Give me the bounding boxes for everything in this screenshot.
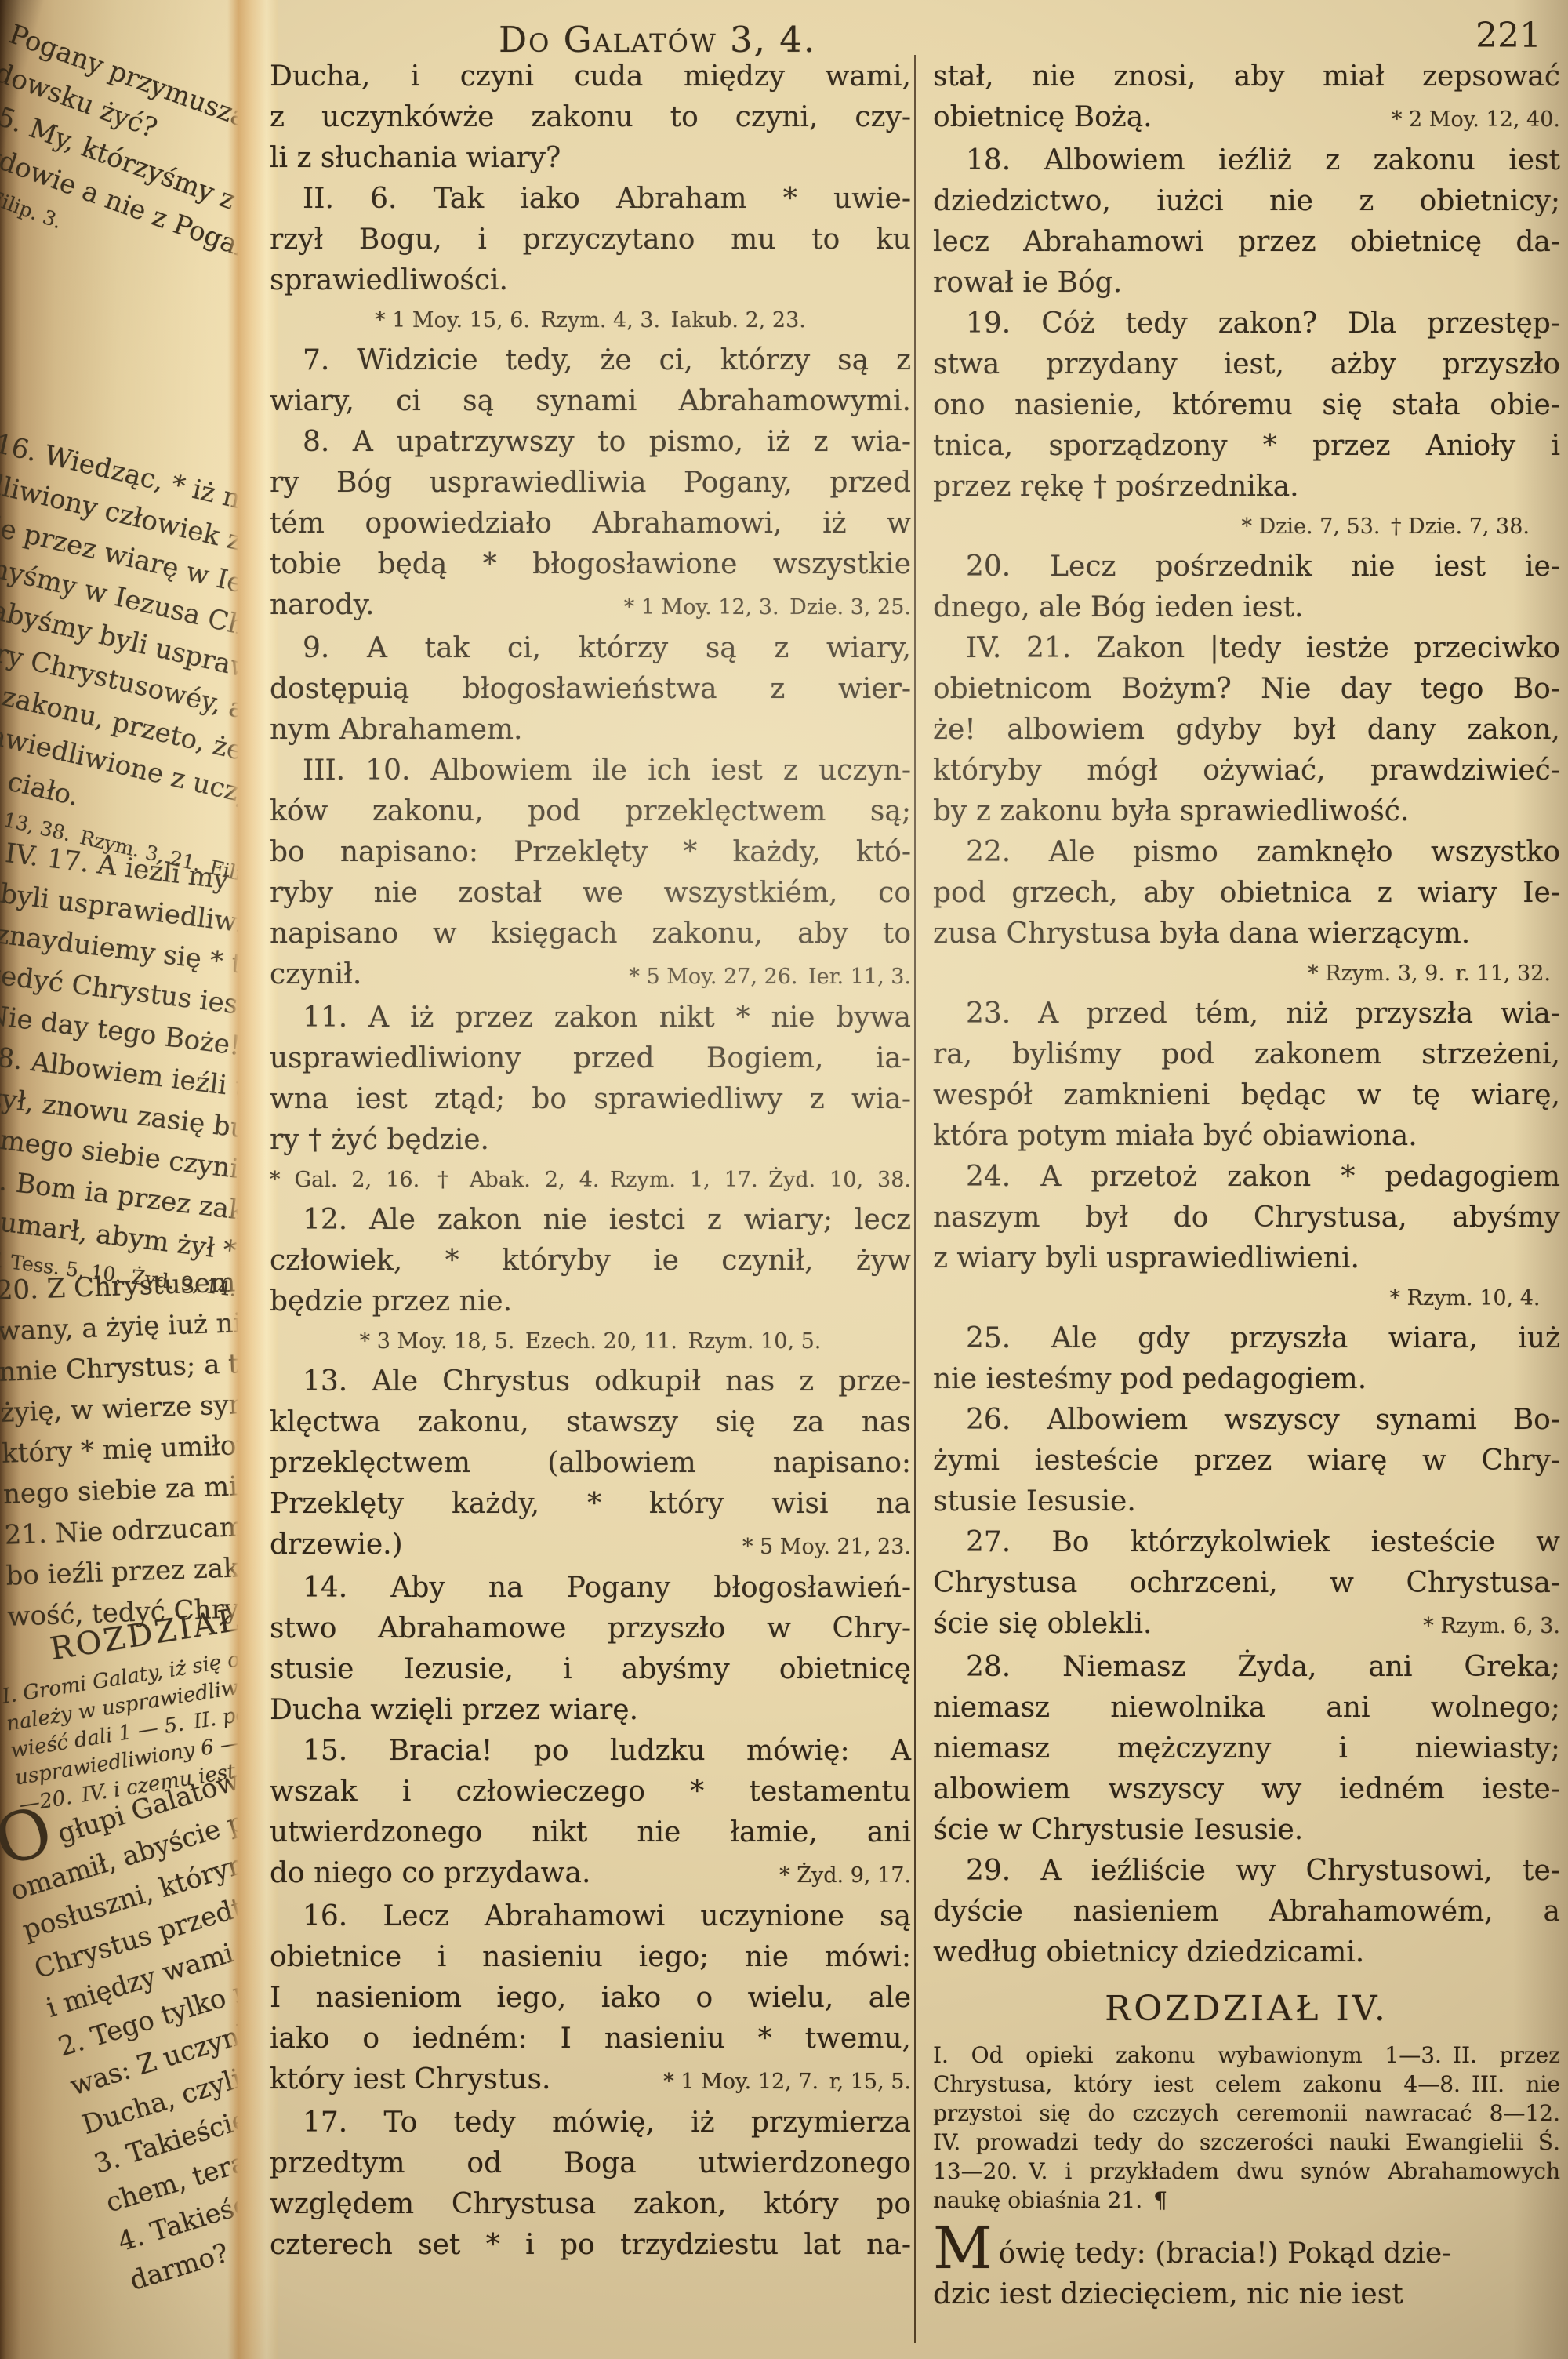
chapter-heading: ROZDZIAŁ IV. <box>933 1984 1560 2034</box>
text-line: wespół zamknieni będąc w tę wiarę, <box>933 1075 1560 1116</box>
text-line: wna iest ztąd; bo sprawiedliwy z wia- <box>270 1079 911 1120</box>
text-line: stusie Iesusie. <box>933 1481 1560 1522</box>
text-line: drzewie.)* 5 Moy. 21, 23. <box>270 1525 911 1568</box>
text-line: przedtym od Boga utwierdzonego <box>270 2143 911 2184</box>
text-run: który * mię umiłował, i wy <box>1 1426 245 1470</box>
text-line: dziedzictwo, iużci nie z obietnicy; <box>933 181 1560 222</box>
text-run: Chrystusa ochrzceni, w Chrystusa- <box>933 1567 1560 1599</box>
text-line: ście w Chrystusie Iesusie. <box>933 1810 1560 1851</box>
text-run: naszym był do Chrystusa, abyśmy <box>933 1201 1560 1234</box>
text-run: 26. Albowiem wszyscy synami Bo- <box>966 1404 1560 1436</box>
text-run: iako o iedném: I nasieniu * twemu, <box>270 2023 911 2055</box>
text-run: ście się oblekli. <box>933 1604 1152 1645</box>
text-line: nym Abrahamem. <box>270 710 911 751</box>
text-run: li z słuchania wiary? <box>270 142 561 174</box>
text-line: ryby nie został we wszystkiém, co <box>270 873 911 914</box>
text-line: naszym był do Chrystusa, abyśmy <box>933 1198 1560 1238</box>
text-line: I nasieniom iego, iako o wielu, ale <box>270 1978 911 2019</box>
text-line: sprawiedliwości. <box>270 260 911 301</box>
text-run: III. 10. Albowiem ile ich iest z uczyn- <box>303 754 911 787</box>
text-run: 13—20. V. i przykładem dwu synów Abraham… <box>933 2158 1560 2184</box>
text-line: 19. Cóż tedy zakon? Dla przestęp- <box>933 304 1560 344</box>
text-line: dyście nasieniem Abrahamowém, a <box>933 1892 1560 1932</box>
text-line: ra, byliśmy pod zakonem strzeżeni, <box>933 1034 1560 1075</box>
text-run: Przeklęty każdy, * który wisi na <box>270 1488 911 1520</box>
text-run: która potym miała być obiawiona. <box>933 1120 1417 1152</box>
text-run: utwierdzonego nikt nie łamie, ani <box>270 1816 911 1848</box>
text-line: z uczynkówże zakonu to czyni, czy- <box>270 97 911 138</box>
text-line: klęctwa zakonu, stawszy się za nas <box>270 1402 911 1443</box>
chapter-summary-line: IV. prowadzi tedy do szczerości nauki Ew… <box>933 2128 1560 2157</box>
text-line: ście się oblekli.* Rzym. 6, 3. <box>933 1604 1560 1647</box>
page-number: 221 <box>1475 16 1541 56</box>
text-line: tobie będą * błogosławione wszystkie <box>270 544 911 585</box>
text-run: narody. <box>270 585 375 626</box>
text-run: IV. 21. Zakon |tedy iestże przeciwko <box>966 632 1560 664</box>
previous-page-text-block: Pogany przymuszasz, po ży-dowsku żyć?15.… <box>0 14 245 325</box>
text-run: z uczynkówże zakonu to czyni, czy- <box>270 101 911 133</box>
text-line: ono nasienie, któremu się stała obie- <box>933 385 1560 426</box>
text-line: obietnicom Bożym? Nie day tego Bo- <box>933 669 1560 710</box>
text-line: tém opowiedziało Abrahamowi, iż w <box>270 503 911 544</box>
text-run: * 1 Moy. 15, 6. Rzym. 4, 3. Iakub. 2, 23… <box>375 308 806 333</box>
text-line: 24. A przetoż zakon * pedagogiem <box>933 1157 1560 1198</box>
text-line: któryby mógł ożywiać, prawdziwieć- <box>933 751 1560 791</box>
text-run: 22. Ale pismo zamknęło wszystko <box>966 836 1560 868</box>
text-line: 12. Ale zakon nie iestci z wiary; lecz <box>270 1200 911 1241</box>
text-line: Ducha, i czyni cuda między wami, <box>270 56 911 97</box>
text-run: 28. Niemasz Żyda, ani Greka; <box>966 1651 1560 1683</box>
text-line: zusa Chrystusa była dana wierzącym. <box>933 914 1560 954</box>
scripture-reference: * 3 Moy. 18, 5. Ezech. 20, 11. Rzym. 10,… <box>270 1322 911 1361</box>
text-line: lecz Abrahamowi przez obietnicę da- <box>933 222 1560 263</box>
text-run: stał, nie znosi, aby miał zepsować <box>933 60 1560 93</box>
text-run: lecz Abrahamowi przez obietnicę da- <box>933 226 1560 258</box>
text-run: ówię tedy: (bracia!) Pokąd dzie- <box>999 2237 1452 2270</box>
text-columns: Ducha, i czyni cuda między wami,z uczynk… <box>270 56 1568 2315</box>
text-run: dziedzictwo, iużci nie z obietnicy; <box>933 185 1560 217</box>
text-run: * Rzym. 3, 9. r. 11, 32. <box>1308 961 1551 986</box>
text-run: rował ie Bóg. <box>933 267 1122 299</box>
text-run: * 3 Moy. 18, 5. Ezech. 20, 11. Rzym. 10,… <box>360 1329 822 1354</box>
previous-page-text-block: 20. Z Chrystusem iestem uwany, a żyię iu… <box>0 1258 245 1637</box>
text-run: 11. A iż przez zakon nikt * nie bywa <box>303 1001 911 1034</box>
text-line: dnego, ale Bóg ieden iest. <box>933 587 1560 628</box>
text-line: 17. To tedy mówię, iż przymierza <box>270 2103 911 2143</box>
text-run: bo napisano: Przeklęty * każdy, któ- <box>270 836 911 868</box>
text-line: II. 6. Tak iako Abraham * uwie- <box>270 179 911 220</box>
text-line: 26. Albowiem wszyscy synami Bo- <box>933 1400 1560 1441</box>
text-line: Chrystusa ochrzceni, w Chrystusa- <box>933 1563 1560 1604</box>
text-line: pod grzech, aby obietnica z wiary Ie- <box>933 873 1560 914</box>
text-run: czynił. <box>270 954 361 995</box>
text-run: 9. A tak ci, którzy są z wiary, <box>303 632 911 664</box>
chapter-summary-line: I. Od opieki zakonu wybawionym 1—3. II. … <box>933 2041 1560 2070</box>
text-run: ROZDZIAŁ IV. <box>1105 1989 1388 2029</box>
text-run: przeklęctwem (albowiem napisano: <box>270 1447 911 1479</box>
scripture-reference: * Rzym. 3, 9. r. 11, 32. <box>933 954 1560 994</box>
text-line: która potym miała być obiawiona. <box>933 1116 1560 1157</box>
text-line: nie iesteśmy pod pedagogiem. <box>933 1359 1560 1400</box>
text-line: utwierdzonego nikt nie łamie, ani <box>270 1812 911 1853</box>
text-run: według obietnicy dziedzicami. <box>933 1936 1364 1968</box>
text-line: dzic iest dziecięciem, nic nie iest <box>933 2274 1560 2315</box>
text-run: żymi iesteście przez wiarę w Chry- <box>933 1445 1560 1477</box>
text-line: 8. A upatrzywszy to pismo, iż z wia- <box>270 422 911 463</box>
text-run: 18. Albowiem ieźliż z zakonu iest <box>966 144 1560 176</box>
text-run: Chrystusa, który iest celem zakonu 4—8. … <box>933 2071 1560 2097</box>
text-run: * Dzie. 7, 53. † Dzie. 7, 38. <box>1241 514 1551 539</box>
text-line: iako o iedném: I nasieniu * twemu, <box>270 2019 911 2059</box>
scripture-reference: * 1 Moy. 15, 6. Rzym. 4, 3. Iakub. 2, 23… <box>270 301 911 340</box>
text-run: 13. Ale Chrystus odkupił nas z prze- <box>303 1365 911 1398</box>
text-line: że! albowiem gdyby był dany zakon, <box>933 710 1560 751</box>
text-run: wany, a żyię iuż nie ia, lecz <box>0 1303 245 1347</box>
text-run: 12. Ale zakon nie iestci z wiary; lecz <box>303 1204 911 1236</box>
text-run: 24. A przetoż zakon * pedagogiem <box>966 1161 1560 1193</box>
text-line: 18. Albowiem ieźliż z zakonu iest <box>933 140 1560 181</box>
previous-page-text-block: 16. Wiedząc, * iż nie bywa usprawdliwion… <box>0 423 245 897</box>
text-line: z wiary byli usprawiedliwieni. <box>933 1238 1560 1279</box>
text-run: Ducha wzięli przez wiarę. <box>270 1694 638 1726</box>
text-run: wiary, ci są synami Abrahamowymi. <box>270 385 911 417</box>
text-column-left: Ducha, i czyni cuda między wami,z uczynk… <box>270 56 911 2315</box>
text-line: względem Chrystusa zakon, który po <box>270 2184 911 2225</box>
text-line: narody.* 1 Moy. 12, 3. Dzie. 3, 25. <box>270 585 911 628</box>
text-run: zusa Chrystusa była dana wierzącym. <box>933 918 1470 950</box>
text-line: obietnice i nasieniu iego; nie mówi: <box>270 1937 911 1978</box>
text-run: stwo Abrahamowe przyszło w Chry- <box>270 1612 911 1645</box>
text-run: pod grzech, aby obietnica z wiary Ie- <box>933 877 1560 909</box>
text-line: ry Bóg usprawiedliwia Pogany, przed <box>270 463 911 503</box>
text-line: niemasz niewolnika ani wolnego; <box>933 1688 1560 1728</box>
text-run: 17. To tedy mówię, iż przymierza <box>303 2106 911 2139</box>
text-line: wiary, ci są synami Abrahamowymi. <box>270 381 911 422</box>
text-line: który iest Chrystus.* 1 Moy. 12, 7. r, 1… <box>270 2059 911 2103</box>
text-run: obietnicom Bożym? Nie day tego Bo- <box>933 673 1560 705</box>
text-line: 23. A przed tém, niż przyszła wia- <box>933 994 1560 1034</box>
text-run: niemasz mężczyzny i niewiasty; <box>933 1732 1560 1765</box>
chapter-summary-line: Chrystusa, który iest celem zakonu 4—8. … <box>933 2070 1560 2099</box>
text-line: 11. A iż przez zakon nikt * nie bywa <box>270 998 911 1038</box>
text-line: żymi iesteście przez wiarę w Chry- <box>933 1441 1560 1481</box>
text-run: ra, byliśmy pod zakonem strzeżeni, <box>933 1038 1560 1070</box>
text-run: * Rzym. 10, 4. <box>1390 1286 1551 1310</box>
text-line: IV. 21. Zakon |tedy iestże przeciwko <box>933 628 1560 669</box>
text-line: do niego co przydawa.* Żyd. 9, 17. <box>270 1853 911 1896</box>
text-line: ry † żyć będzie. <box>270 1120 911 1161</box>
text-run: stusie Iezusie, i abyśmy obietnicę <box>270 1653 911 1685</box>
text-run: ryby nie został we wszystkiém, co <box>270 877 911 909</box>
text-run: że! albowiem gdyby był dany zakon, <box>933 714 1560 746</box>
scripture-reference: * 1 Moy. 12, 7. r, 15, 5. <box>663 2062 911 2103</box>
text-line: 14. Aby na Pogany błogosławień- <box>270 1568 911 1608</box>
text-run: ry † żyć będzie. <box>270 1124 489 1156</box>
text-line: niemasz mężczyzny i niewiasty; <box>933 1728 1560 1769</box>
text-run: 15. Bracia! po ludzku mówię: A <box>303 1735 911 1767</box>
text-run: nym Abrahamem. <box>270 714 523 746</box>
text-line: albowiem wszyscy wy iedném ieste- <box>933 1769 1560 1810</box>
text-run: tobie będą * błogosławione wszystkie <box>270 548 911 580</box>
running-header-title: Do Galatów 3, 4. <box>499 19 816 60</box>
scripture-reference: * 2 Moy. 12, 40. <box>1392 100 1560 140</box>
text-line: przeklęctwem (albowiem napisano: <box>270 1443 911 1484</box>
text-run: przez rękę † pośrzednika. <box>933 471 1299 503</box>
text-run: czterech set * i po trzydziestu lat na- <box>270 2229 911 2261</box>
text-run: 14. Aby na Pogany błogosławień- <box>303 1572 911 1604</box>
text-run: ście w Chrystusie Iesusie. <box>933 1814 1303 1846</box>
text-run: do niego co przydawa. <box>270 1853 590 1894</box>
text-line: li z słuchania wiary? <box>270 138 911 179</box>
text-run: dzic iest dziecięciem, nic nie iest <box>933 2278 1403 2310</box>
text-line: Ducha wzięli przez wiarę. <box>270 1690 911 1731</box>
text-run: 21. Nie odrzucam téy łaski <box>4 1507 245 1551</box>
text-line: stusie Iezusie, i abyśmy obietnicę <box>270 1649 911 1690</box>
text-line: czterech set * i po trzydziestu lat na- <box>270 2225 911 2266</box>
text-line: 9. A tak ci, którzy są z wiary, <box>270 628 911 669</box>
text-run: IV. prowadzi tedy do szczerości nauki Ew… <box>933 2129 1560 2155</box>
text-run: obietnicę Bożą. <box>933 97 1152 138</box>
text-line: 7. Widzicie tedy, że ci, którzy są z <box>270 340 911 381</box>
text-line: 13. Ale Chrystus odkupił nas z prze- <box>270 1361 911 1402</box>
text-run: II. 6. Tak iako Abraham * uwie- <box>303 183 911 215</box>
text-run: 19. Cóż tedy zakon? Dla przestęp- <box>966 307 1560 340</box>
text-line: 22. Ale pismo zamknęło wszystko <box>933 832 1560 873</box>
text-line: wszak i człowieczego * testamentu <box>270 1772 911 1812</box>
text-run: nie iesteśmy pod pedagogiem. <box>933 1363 1367 1395</box>
main-page: Do Galatów 3, 4. 221 Ducha, i czyni cuda… <box>270 0 1568 2359</box>
text-run: wna iest ztąd; bo sprawiedliwy z wia- <box>270 1083 911 1115</box>
text-run: ków zakonu, pod przeklęctwem są; <box>270 795 911 827</box>
chapter-summary-line: przystoi się do czczych ceremonii nawrac… <box>933 2099 1560 2128</box>
text-run: 23. A przed tém, niż przyszła wia- <box>966 998 1560 1030</box>
text-run: bo ieźli przez zakon iest sp <box>5 1548 245 1592</box>
text-run: drzewie.) <box>270 1525 403 1565</box>
text-run: nego siebie za mię. <box>2 1470 245 1510</box>
book-page-photo: Pogany przymuszasz, po ży-dowsku żyć?15.… <box>0 0 1568 2359</box>
text-run: nnie Chrystus; a to że teraz <box>0 1343 245 1388</box>
scripture-reference: * Gal. 2, 16. † Abak. 2, 4. Rzym. 1, 17.… <box>270 1161 911 1200</box>
text-run: 29. A ieźliście wy Chrystusowi, te- <box>966 1855 1560 1887</box>
text-line: 28. Niemasz Żyda, ani Greka; <box>933 1647 1560 1688</box>
text-line: dostępuią błogosławieństwa z wier- <box>270 669 911 710</box>
text-line: człowiek, * któryby ie czynił, żyw <box>270 1241 911 1281</box>
text-line: 16. Lecz Abrahamowi uczynione są <box>270 1896 911 1937</box>
text-line: przez rękę † pośrzednika. <box>933 467 1560 507</box>
text-line: czynił.* 5 Moy. 27, 26. Ier. 11, 3. <box>270 954 911 998</box>
text-line: 25. Ale gdy przyszła wiara, iuż <box>933 1318 1560 1359</box>
scripture-reference: * 5 Moy. 27, 26. Ier. 11, 3. <box>629 957 911 998</box>
text-line: 20. Lecz pośrzednik nie iest ie- <box>933 547 1560 587</box>
text-run: 25. Ale gdy przyszła wiara, iuż <box>966 1322 1560 1354</box>
text-run: względem Chrystusa zakon, który po <box>270 2188 911 2220</box>
text-run: człowiek, * któryby ie czynił, żyw <box>270 1245 911 1277</box>
text-line: będzie przez nie. <box>270 1281 911 1322</box>
drop-cap: M <box>933 2215 993 2282</box>
text-run: * Gal. 2, 16. † Abak. 2, 4. Rzym. 1, 17.… <box>270 1168 911 1192</box>
text-run: któryby mógł ożywiać, prawdziwieć- <box>933 754 1560 787</box>
text-run: 20. Lecz pośrzednik nie iest ie- <box>966 551 1560 583</box>
scripture-reference: * Żyd. 9, 17. <box>779 1856 911 1896</box>
text-run: klęctwa zakonu, stawszy się za nas <box>270 1406 911 1438</box>
text-run: niemasz niewolnika ani wolnego; <box>933 1692 1560 1724</box>
text-line: ków zakonu, pod przeklęctwem są; <box>270 791 911 832</box>
text-run: z wiary byli usprawiedliwieni. <box>933 1242 1359 1274</box>
text-line: stwo Abrahamowe przyszło w Chry- <box>270 1608 911 1649</box>
text-run: rzył Bogu, i przyczytano mu to ku <box>270 224 911 256</box>
text-run: który iest Chrystus. <box>270 2059 550 2100</box>
text-run: 7. Widzicie tedy, że ci, którzy są z <box>303 344 911 376</box>
text-line: stwa przydany iest, ażby przyszło <box>933 344 1560 385</box>
text-line: napisano w księgach zakonu, aby to <box>270 914 911 954</box>
text-line: stał, nie znosi, aby miał zepsować <box>933 56 1560 97</box>
text-line: usprawiedliwiony przed Bogiem, ia- <box>270 1038 911 1079</box>
text-line: rzył Bogu, i przyczytano mu to ku <box>270 220 911 260</box>
text-run: napisano w księgach zakonu, aby to <box>270 918 911 950</box>
text-line: 15. Bracia! po ludzku mówię: A <box>270 1731 911 1772</box>
text-run: przedtym od Boga utwierdzonego <box>270 2147 911 2179</box>
text-run: dnego, ale Bóg ieden iest. <box>933 591 1303 623</box>
scripture-reference: * 1 Moy. 12, 3. Dzie. 3, 25. <box>624 587 911 628</box>
text-run: by z zakonu była sprawiedliwość. <box>933 795 1409 827</box>
text-run: wszak i człowieczego * testamentu <box>270 1776 911 1808</box>
text-run: ry Bóg usprawiedliwia Pogany, przed <box>270 467 911 499</box>
text-run: stwa przydany iest, ażby przyszło <box>933 348 1560 380</box>
text-line: tnica, sporządzony * przez Anioły i <box>933 426 1560 467</box>
scripture-reference: * Dzie. 7, 53. † Dzie. 7, 38. <box>933 507 1560 547</box>
text-run: 20. Z Chrystusem iestem u <box>0 1263 245 1307</box>
text-line: Mówię tedy: (bracia!) Pokąd dzie- <box>933 2234 1560 2274</box>
text-column-right: stał, nie znosi, aby miał zepsowaćobietn… <box>933 56 1560 2315</box>
chapter-summary-line: 13—20. V. i przykładem dwu synów Abraham… <box>933 2157 1560 2186</box>
text-run: ono nasienie, któremu się stała obie- <box>933 389 1560 421</box>
text-line: by z zakonu była sprawiedliwość. <box>933 791 1560 832</box>
text-run: I nasieniom iego, iako o wielu, ale <box>270 1982 911 2014</box>
text-line: Przeklęty każdy, * który wisi na <box>270 1484 911 1525</box>
text-run: żyię, w wierze syna Bożego <box>0 1384 245 1428</box>
text-line: III. 10. Albowiem ile ich iest z uczyn- <box>270 751 911 791</box>
text-run: tém opowiedziało Abrahamowi, iż w <box>270 507 911 540</box>
scripture-reference: * Rzym. 6, 3. <box>1423 1606 1560 1647</box>
text-line: rował ie Bóg. <box>933 263 1560 304</box>
text-run: przystoi się do czczych ceremonii nawrac… <box>933 2100 1560 2126</box>
scripture-reference: * 5 Moy. 21, 23. <box>742 1527 911 1568</box>
scripture-reference: * Rzym. 10, 4. <box>933 1279 1560 1318</box>
text-run: tnica, sporządzony * przez Anioły i <box>933 430 1560 462</box>
previous-page-text-block: Ogłupi Galatowie! Któżomamił, abyście pr… <box>0 1728 245 2302</box>
text-line: 29. A ieźliście wy Chrystusowi, te- <box>933 1851 1560 1892</box>
text-line: według obietnicy dziedzicami. <box>933 1932 1560 1973</box>
text-line: obietnicę Bożą.* 2 Moy. 12, 40. <box>933 97 1560 140</box>
text-run: stusie Iesusie. <box>933 1485 1136 1518</box>
text-run: I. Od opieki zakonu wybawionym 1—3. II. … <box>933 2042 1560 2068</box>
text-line: bo napisano: Przeklęty * każdy, któ- <box>270 832 911 873</box>
text-run: 16. Lecz Abrahamowi uczynione są <box>303 1900 911 1932</box>
text-run: usprawiedliwiony przed Bogiem, ia- <box>270 1042 911 1074</box>
text-run: będzie przez nie. <box>270 1285 512 1318</box>
text-run: dyście nasieniem Abrahamowém, a <box>933 1896 1560 1928</box>
text-run: Ducha, i czyni cuda między wami, <box>270 60 911 93</box>
text-run: dostępuią błogosławieństwa z wier- <box>270 673 911 705</box>
text-run: obietnice i nasieniu iego; nie mówi: <box>270 1941 911 1973</box>
text-run: albowiem wszyscy wy iedném ieste- <box>933 1773 1560 1805</box>
text-run: 27. Bo którzykolwiek iesteście w <box>966 1526 1560 1558</box>
chapter-summary-line: naukę obiaśnia 21. ¶ <box>933 2186 1560 2215</box>
text-run: sprawiedliwości. <box>270 264 508 296</box>
text-run: 8. A upatrzywszy to pismo, iż z wia- <box>303 426 911 458</box>
text-run: naukę obiaśnia 21. ¶ <box>933 2187 1167 2213</box>
text-line: 27. Bo którzykolwiek iesteście w <box>933 1522 1560 1563</box>
previous-page-edge: Pogany przymuszasz, po ży-dowsku żyć?15.… <box>0 0 245 2359</box>
previous-page-text-block: IV. 17. A ieźli my szukaiąc, abybyli usp… <box>0 833 245 1318</box>
text-run: wespół zamknieni będąc w tę wiarę, <box>933 1079 1560 1111</box>
